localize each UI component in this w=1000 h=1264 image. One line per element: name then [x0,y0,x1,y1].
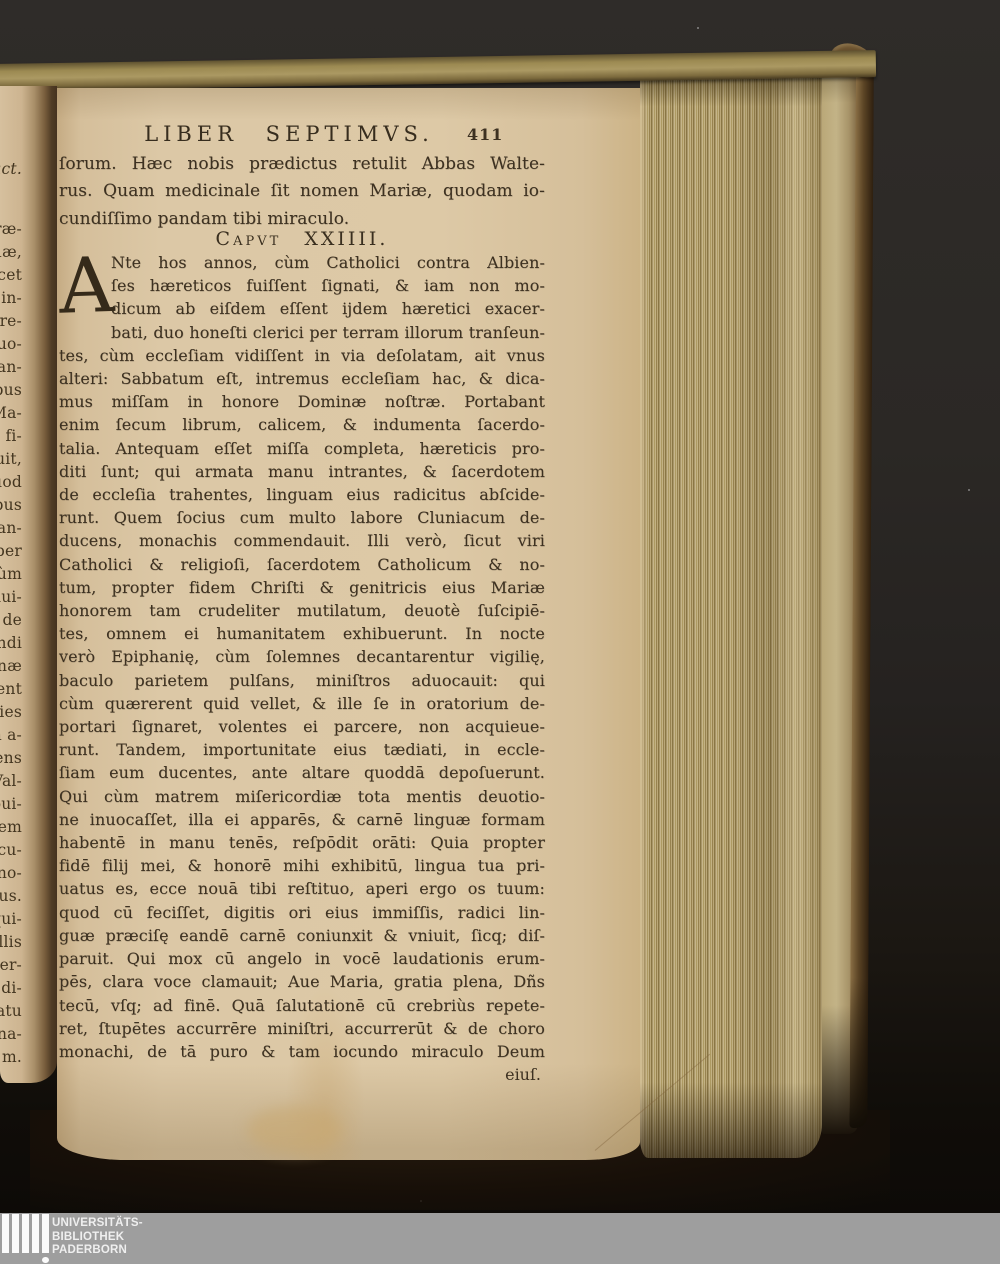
text-line: verò Epiphanię, cùm ſolemnes decantarent… [59,645,545,668]
book-scan-photo: retact.s præ-e ſuæ,elicetam in-to re-inu… [0,0,1000,1264]
logo-bar [32,1214,39,1253]
fragment-line: Val- [0,770,22,793]
text-line: Qui cùm matrem miſericordiæ tota mentis … [59,785,545,808]
fragment-line: e ſuæ, [0,241,22,264]
text-line: portari ſignaret, volentes ei parcere, n… [59,715,545,738]
fragment-line: di- [0,977,22,1000]
fragment-line: cū fi- [0,425,22,448]
fragment-line: ius. [0,885,22,908]
text-line: runt. Quem ſocius cum multo labore Cluni… [59,506,545,529]
text-line: baculo parietem pulſans, miniſtros aduoc… [59,669,545,692]
fragment-line: na- [0,1023,22,1046]
running-title: LIBER SEPTIMVS. [79,122,499,146]
fragment-line: to re- [0,310,22,333]
fragment-line: s præ- [0,218,22,241]
text-line: ducens, monachis commendauit. Illi verò,… [59,529,545,552]
library-banner: UNIVERSITÄTS-BIBLIOTHEKPADERBORN [0,1213,1000,1264]
fragment-line: icu- [0,839,22,862]
text-line: runt. Tandem, importunitate eius tædiati… [59,738,545,761]
facing-page-fragments: retact.s præ-e ſuæ,elicetam in-to re-inu… [0,158,22,1069]
text-line: bati, duo honeſti clerici per terram ill… [59,321,545,344]
dust-speck [968,489,970,491]
text-line: tum, propter fidem Chriſti & genitricis … [59,576,545,599]
fragment-line: , can- [0,356,22,379]
fragment-line: retact. [0,158,22,181]
fragment-line: am in- [0,287,22,310]
text-line: pēs, clara voce clamauit; Aue Maria, gra… [59,970,545,993]
text-line: tecū, vſq; ad finē. Quā ſalutationē cū c… [59,994,545,1017]
fragment-line: tibus [0,494,22,517]
page-header: LIBER SEPTIMVS. 411 [59,122,545,148]
text-line: mus miſſam in honore Dominæ noſtræ. Port… [59,390,545,413]
text-line: ne inuocaſſet, illa ei apparēs, & carnē … [59,808,545,831]
text-line: alteri: Sabbatum eſt, intremus eccleſiam… [59,367,545,390]
logo-exclamation-dot [42,1257,49,1263]
library-name-line: BIBLIOTHEK [52,1231,143,1245]
text-line: uatus es, ecce nouā tibi reſtituo, aperi… [59,877,545,900]
catchword: eiuſ. [59,1063,545,1087]
fragment-line: nies [0,701,22,724]
fragment-line: inuo- [0,333,22,356]
text-line: guæ præciſę eandē carnē coniunxit & vniu… [59,924,545,947]
fragment-line: quod [0,471,22,494]
text-line: diti ſunt; qui armata manu intrantes, & … [59,460,545,483]
text-line: ret, ſtupētes accurrēre miniſtri, accurr… [59,1017,545,1040]
logo-bar [2,1214,9,1253]
fragment-line: nibus [0,379,22,402]
text-line: enim ſecum librum, calicem, & indumenta … [59,413,545,436]
body-lines: Nte hos annos, cùm Catholici contra Albi… [59,251,545,1063]
text-line: monachi, de tā puro & tam iocundo miracu… [59,1040,545,1063]
text-line: paruit. Qui mox cū angelo in vocē laudat… [59,947,545,970]
logo-bar [12,1214,19,1253]
text-line: talia. Antequam eſſet miſſa completa, hæ… [59,437,545,460]
text-line: quod cū feciſſet, digitis ori eius immiſ… [59,901,545,924]
text-line: tes, cùm eccleſiam vidiſſent in via deſo… [59,344,545,367]
page-stain [247,1106,342,1154]
book-page: LIBER SEPTIMVS. 411 ſorum. Hæc nobis præ… [57,88,640,1160]
fragment-line: o Ma- [0,402,22,425]
fragment-line: ciui- [0,586,22,609]
fragment-line: m. [0,1046,22,1069]
chapter-heading: Capvt XXIIII. [59,228,545,250]
fragment-line: no- [0,862,22,885]
fragment-line: è de [0,609,22,632]
text-line: ſiam eum ducentes, ante altare quoddā de… [59,761,545,784]
fragment-line: iens [0,747,22,770]
dust-speck [697,27,699,29]
fragment-line: e per [0,540,22,563]
text-line: Catholici & religioſi, ſacerdotem Cathol… [59,553,545,576]
text-line: tes, omnem ei humanitatem exhibuerunt. I… [59,622,545,645]
text-line: dicum ab eiſdem eſſent ijdem hæretici ex… [59,297,545,320]
text-line: de eccleſia trahentes, linguam eius radi… [59,483,545,506]
page-text-area: LIBER SEPTIMVS. 411 ſorum. Hæc nobis præ… [57,88,640,1160]
fragment-line: tan- [0,517,22,540]
facing-page-strip: retact.s præ-e ſuæ,elicetam in-to re-inu… [0,86,57,1083]
fragment-line: elicet [0,264,22,287]
fragment-line: atu [0,1000,22,1023]
fragment-line: illis [0,931,22,954]
fragment-line: n a- [0,724,22,747]
fragment-line: , cùm [0,563,22,586]
text-line: honorem tam crudeliter mutilatum, deuotè… [59,599,545,622]
fragment-line: endi [0,632,22,655]
text-line: habentē in manu tenēs, reſpōdit orāti: Q… [59,831,545,854]
text-line: rus. Quam medicinale ſit nomen Mariæ, qu… [59,178,545,205]
logo-bar [42,1214,49,1253]
fragment-line: ſſent [0,678,22,701]
drop-cap: A [58,253,106,323]
logo-bar [22,1214,29,1253]
library-name-line: UNIVERSITÄTS- [52,1217,143,1231]
text-line: fidē filij mei, & honorē mihi exhibitū, … [59,854,545,877]
library-name: UNIVERSITÄTS-BIBLIOTHEKPADERBORN [52,1217,143,1258]
fragment-line: er- [0,954,22,977]
fragment-line: cinæ [0,655,22,678]
text-line: Nte hos annos, cùm Catholici contra Albi… [59,251,545,274]
fragment-line: dem [0,816,22,839]
page-number: 411 [467,125,503,144]
fragment-line: qui- [0,908,22,931]
text-line: cùm quærerent quid vellet, & ille ſe in … [59,692,545,715]
fragment-line: quit, [0,448,22,471]
text-line: ſes hæreticos fuiſſent ſignati, & iam no… [59,274,545,297]
library-name-line: PADERBORN [52,1244,143,1258]
body-paragraph: A Nte hos annos, cùm Catholici contra Al… [59,251,545,1087]
text-line: ſorum. Hæc nobis prædictus retulit Abbas… [59,151,545,178]
page-block-fore-edge [640,74,822,1158]
fragment-line: oui- [0,793,22,816]
intro-paragraph: ſorum. Hæc nobis prædictus retulit Abbas… [59,151,545,233]
